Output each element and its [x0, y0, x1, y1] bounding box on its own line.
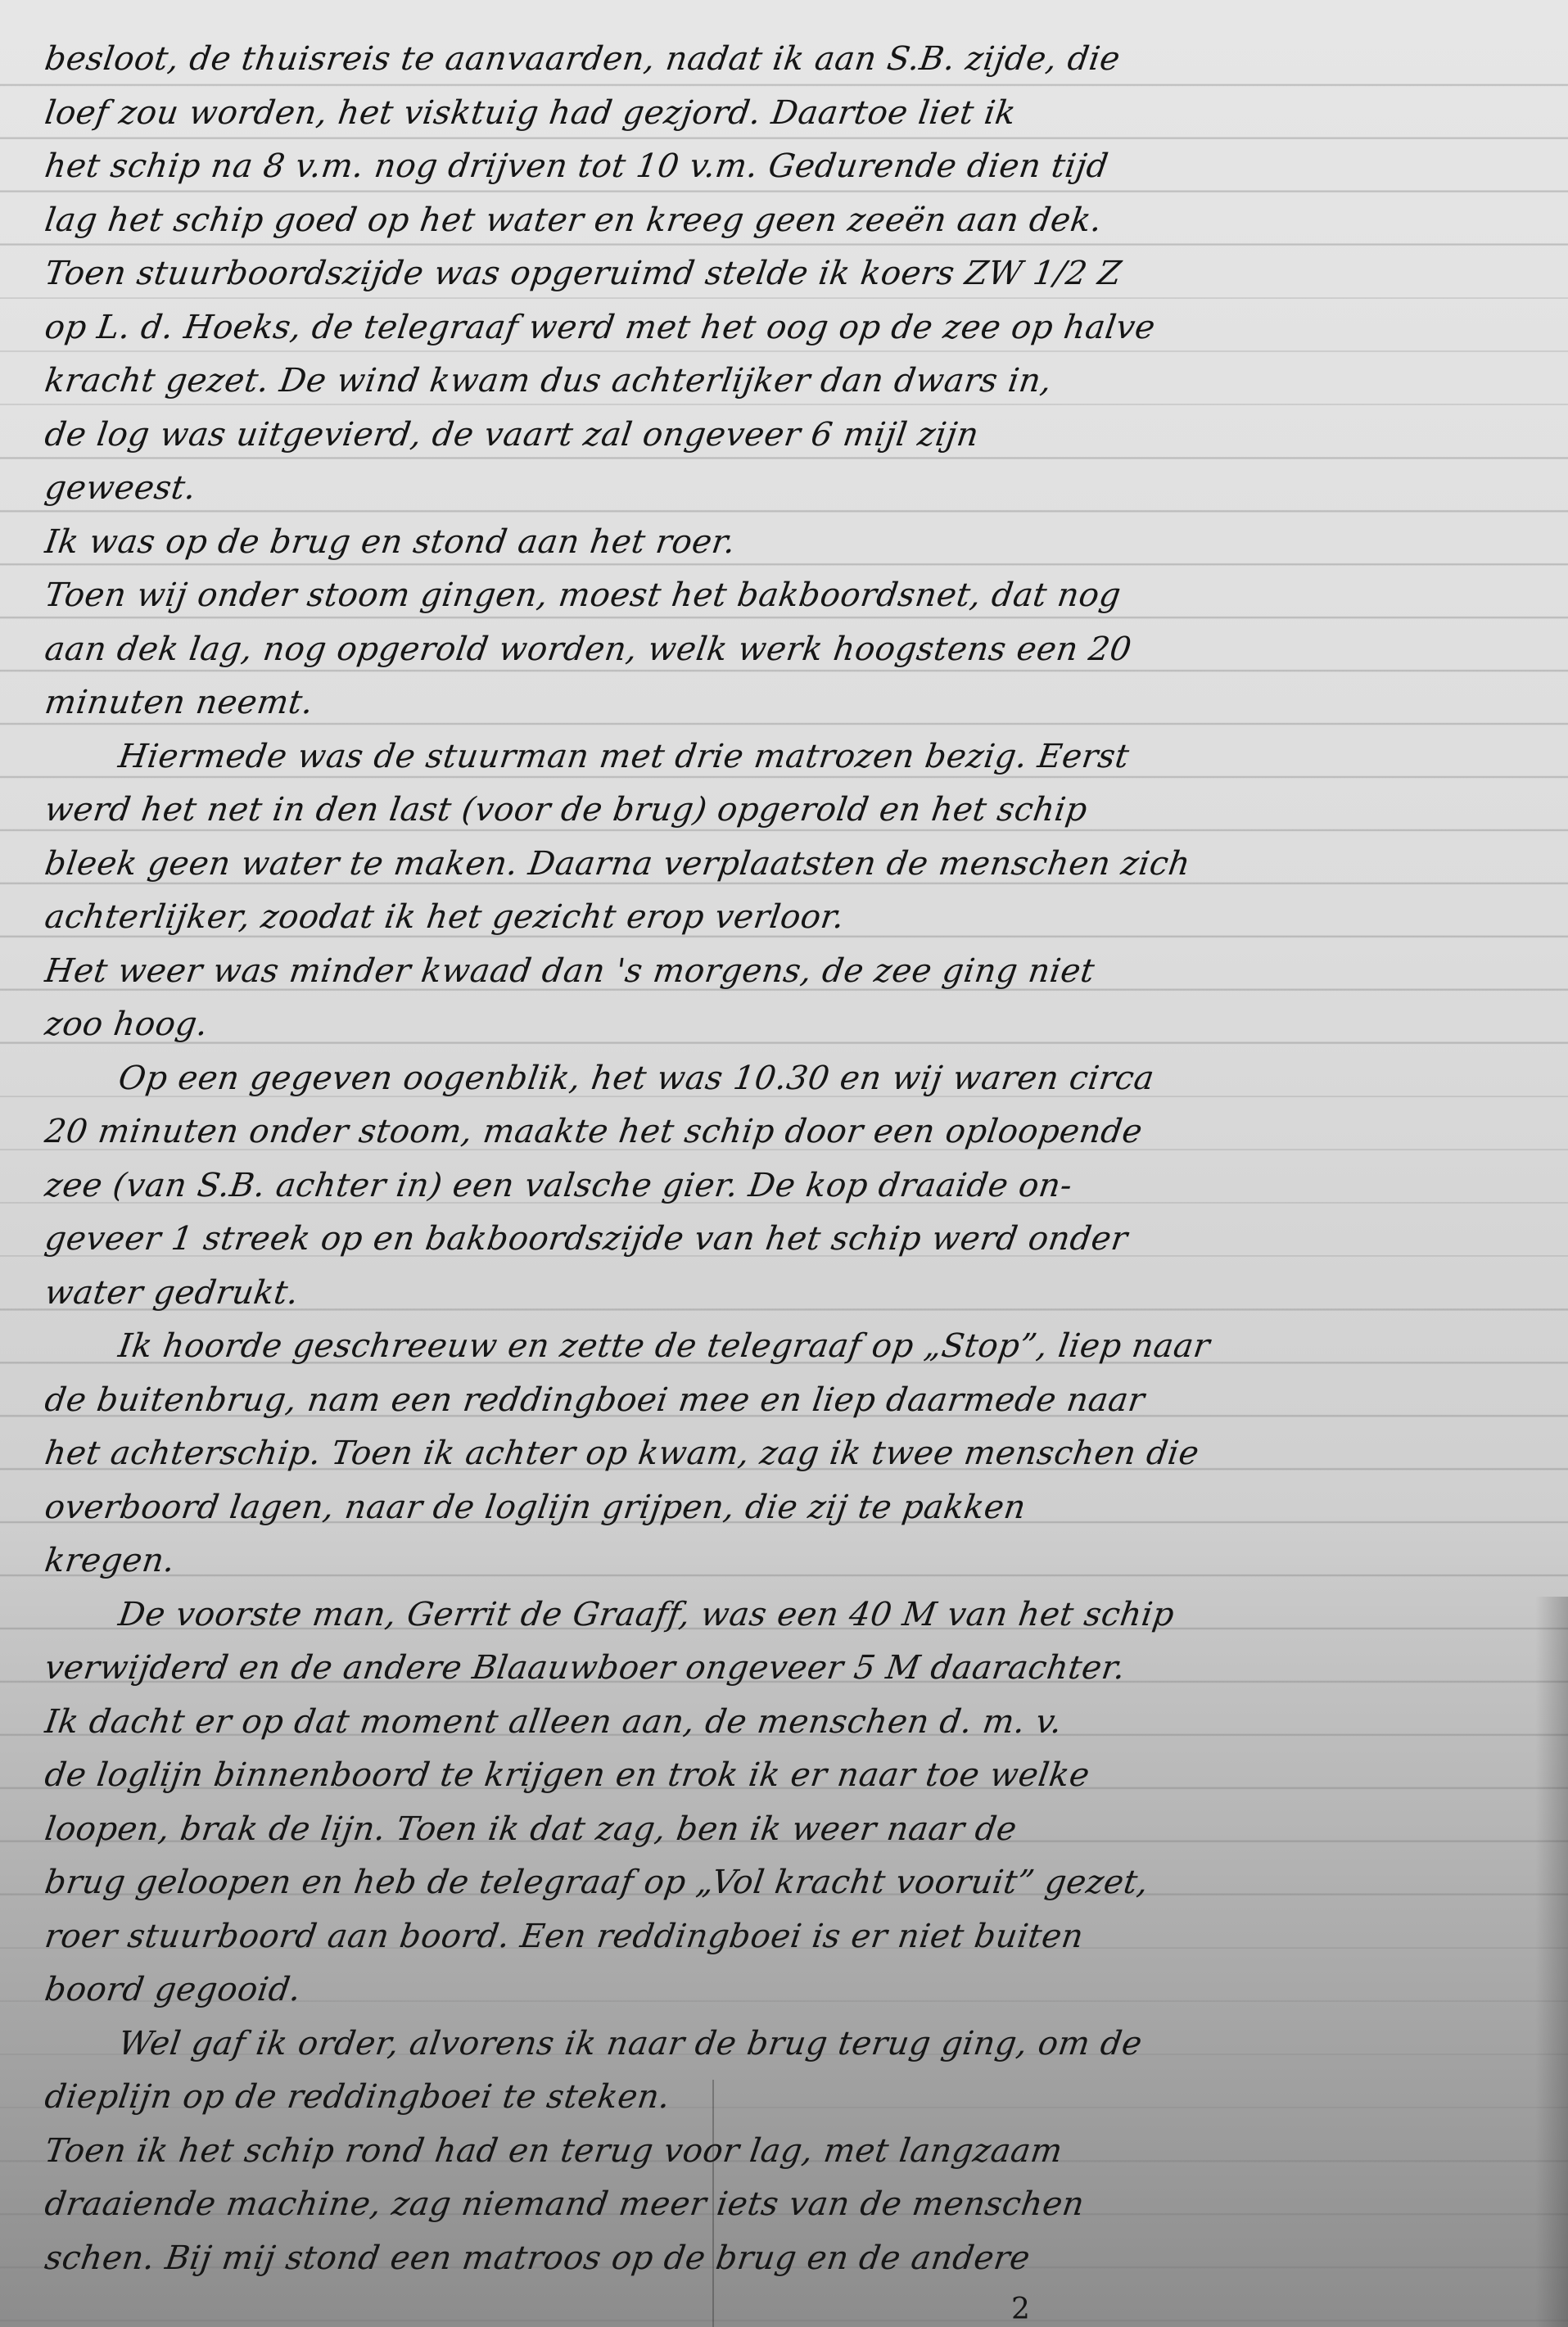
text-line: minuten neemt. [41, 676, 1522, 730]
text-line: Ik hoorde geschreeuw en zette de telegra… [41, 1320, 1522, 1374]
text-line: het achterschip. Toen ik achter op kwam,… [41, 1427, 1522, 1481]
text-line: Hiermede was de stuurman met drie matroz… [41, 730, 1522, 784]
text-line: besloot, de thuisreis te aanvaarden, nad… [41, 33, 1522, 87]
text-line: dieplijn op de reddingboei te steken. [41, 2071, 1522, 2125]
text-line: de log was uitgevierd, de vaart zal onge… [41, 409, 1522, 463]
text-line: water gedrukt. [41, 1267, 1522, 1321]
text-line: loef zou worden, het visktuig had gezjor… [41, 87, 1522, 141]
paper-edge-shadow [1535, 1597, 1568, 2327]
text-line: draaiende machine, zag niemand meer iets… [41, 2178, 1522, 2232]
text-line: de loglijn binnenboord te krijgen en tro… [41, 1749, 1522, 1803]
text-line: Toen wij onder stoom gingen, moest het b… [41, 569, 1522, 623]
text-line: het schip na 8 v.m. nog drijven tot 10 v… [41, 140, 1522, 194]
text-line: kracht gezet. De wind kwam dus achterlij… [41, 355, 1522, 409]
text-line: roer stuurboord aan boord. Een reddingbo… [41, 1910, 1522, 1964]
text-line: schen. Bij mij stond een matroos op de b… [41, 2232, 1522, 2286]
text-line: De voorste man, Gerrit de Graaff, was ee… [41, 1588, 1522, 1642]
text-line: overboord lagen, naar de loglijn grijpen… [41, 1481, 1522, 1535]
text-line: Op een gegeven oogenblik, het was 10.30 … [41, 1052, 1522, 1106]
text-line: Ik dacht er op dat moment alleen aan, de… [41, 1696, 1522, 1750]
text-line: zee (van S.B. achter in) een valsche gie… [41, 1159, 1522, 1213]
text-line: achterlijker, zoodat ik het gezicht erop… [41, 891, 1522, 945]
text-line: loopen, brak de lijn. Toen ik dat zag, b… [41, 1803, 1522, 1857]
text-line: verwijderd en de andere Blaauwboer ongev… [41, 1642, 1522, 1696]
text-line: Toen ik het schip rond had en terug voor… [41, 2125, 1522, 2179]
text-line: bleek geen water te maken. Daarna verpla… [41, 838, 1522, 892]
document-page: besloot, de thuisreis te aanvaarden, nad… [0, 0, 1568, 2327]
text-line: Wel gaf ik order, alvorens ik naar de br… [41, 2017, 1522, 2072]
text-line: aan dek lag, nog opgerold worden, welk w… [41, 623, 1522, 677]
text-line: werd het net in den last (voor de brug) … [41, 784, 1522, 838]
text-line: kregen. [41, 1534, 1522, 1588]
text-line: zoo hoog. [41, 998, 1522, 1052]
text-line: de buitenbrug, nam een reddingboei mee e… [41, 1374, 1522, 1428]
text-line: boord gegooid. [41, 1963, 1522, 2017]
handwritten-text-body: besloot, de thuisreis te aanvaarden, nad… [45, 33, 1519, 2285]
text-line: lag het schip goed op het water en kreeg… [41, 194, 1522, 248]
text-line: geweest. [41, 462, 1522, 516]
page-number: 2 [1011, 2293, 1030, 2326]
paper-fold-line [712, 2080, 714, 2327]
text-line: brug geloopen en heb de telegraaf op „Vo… [41, 1856, 1522, 1910]
text-line: 20 minuten onder stoom, maakte het schip… [41, 1105, 1522, 1159]
text-line: op L. d. Hoeks, de telegraaf werd met he… [41, 301, 1522, 355]
text-line: Toen stuurboordszijde was opgeruimd stel… [41, 247, 1522, 301]
text-line: geveer 1 streek op en bakboordszijde van… [41, 1213, 1522, 1267]
text-line: Het weer was minder kwaad dan 's morgens… [41, 945, 1522, 999]
text-line: Ik was op de brug en stond aan het roer. [41, 516, 1522, 570]
